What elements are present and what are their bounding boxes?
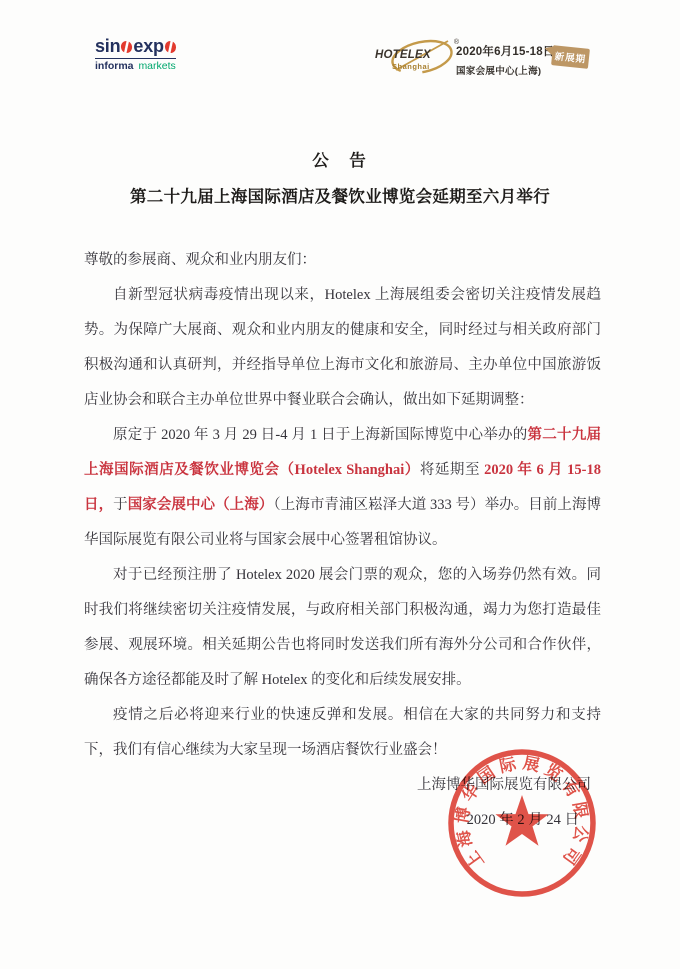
announcement-page: sin exp informa markets HOTELEX Shanghai… bbox=[0, 0, 680, 969]
announcement-subtitle: 第二十九届上海国际酒店及餐饮业博览会延期至六月举行 bbox=[0, 183, 680, 207]
paragraphs: 自新型冠状病毒疫情出现以来，Hotelex 上海展组委会密切关注疫情发展趋势。为… bbox=[84, 278, 601, 768]
body-text: 将延期至 bbox=[420, 462, 484, 478]
hotelex-name: HOTELEX bbox=[375, 49, 431, 61]
body-paragraph: 对于已经预注册了 Hotelex 2020 展会门票的观众，您的入场券仍然有效。… bbox=[84, 558, 601, 698]
announcement-title: 公 告 bbox=[0, 147, 680, 171]
event-venue: 国家会展中心(上海) bbox=[456, 63, 555, 77]
body-paragraph: 自新型冠状病毒疫情出现以来，Hotelex 上海展组委会密切关注疫情发展趋势。为… bbox=[84, 278, 601, 418]
sinoexpo-o-icon bbox=[163, 39, 177, 54]
new-dates-badge: 新展期 bbox=[551, 45, 590, 69]
body-paragraph: 原定于 2020 年 3 月 29 日-4 月 1 日于上海新国际博览中心举办的… bbox=[84, 418, 601, 558]
salutation: 尊敬的参展商、观众和业内朋友们： bbox=[84, 243, 601, 278]
body-text: 对于已经预注册了 Hotelex 2020 展会门票的观众，您的入场券仍然有效。… bbox=[84, 567, 601, 688]
new-dates-badge-label: 新展期 bbox=[554, 48, 587, 65]
emphasis-red-text: 国家会展中心（上海） bbox=[128, 497, 274, 513]
sinoexpo-text-sin: sin bbox=[95, 37, 120, 55]
informa-markets-wordmark: informa markets bbox=[95, 58, 176, 72]
hotelex-logo: HOTELEX Shanghai ® bbox=[374, 36, 456, 80]
sinoexpo-text-exp: exp bbox=[133, 37, 163, 55]
hotelex-city: Shanghai bbox=[392, 62, 430, 71]
sinoexpo-o-icon bbox=[120, 39, 134, 54]
company-seal: 上海博华国际展览有限公司 bbox=[443, 744, 601, 902]
markets-label: markets bbox=[138, 60, 175, 72]
sinoexpo-logo: sin exp informa markets bbox=[95, 37, 177, 72]
body-text: 原定于 2020 年 3 月 29 日-4 月 1 日于上海新国际博览中心举办的 bbox=[113, 427, 528, 443]
body-text: 于 bbox=[113, 497, 128, 513]
event-date: 2020年6月15-18日 bbox=[456, 43, 555, 59]
sinoexpo-wordmark: sin exp bbox=[95, 37, 177, 55]
seal-star-icon bbox=[495, 795, 548, 846]
event-info: 2020年6月15-18日 国家会展中心(上海) bbox=[456, 43, 555, 77]
body-text: 自新型冠状病毒疫情出现以来，Hotelex 上海展组委会密切关注疫情发展趋势。为… bbox=[84, 287, 601, 408]
informa-label: informa bbox=[95, 60, 134, 72]
